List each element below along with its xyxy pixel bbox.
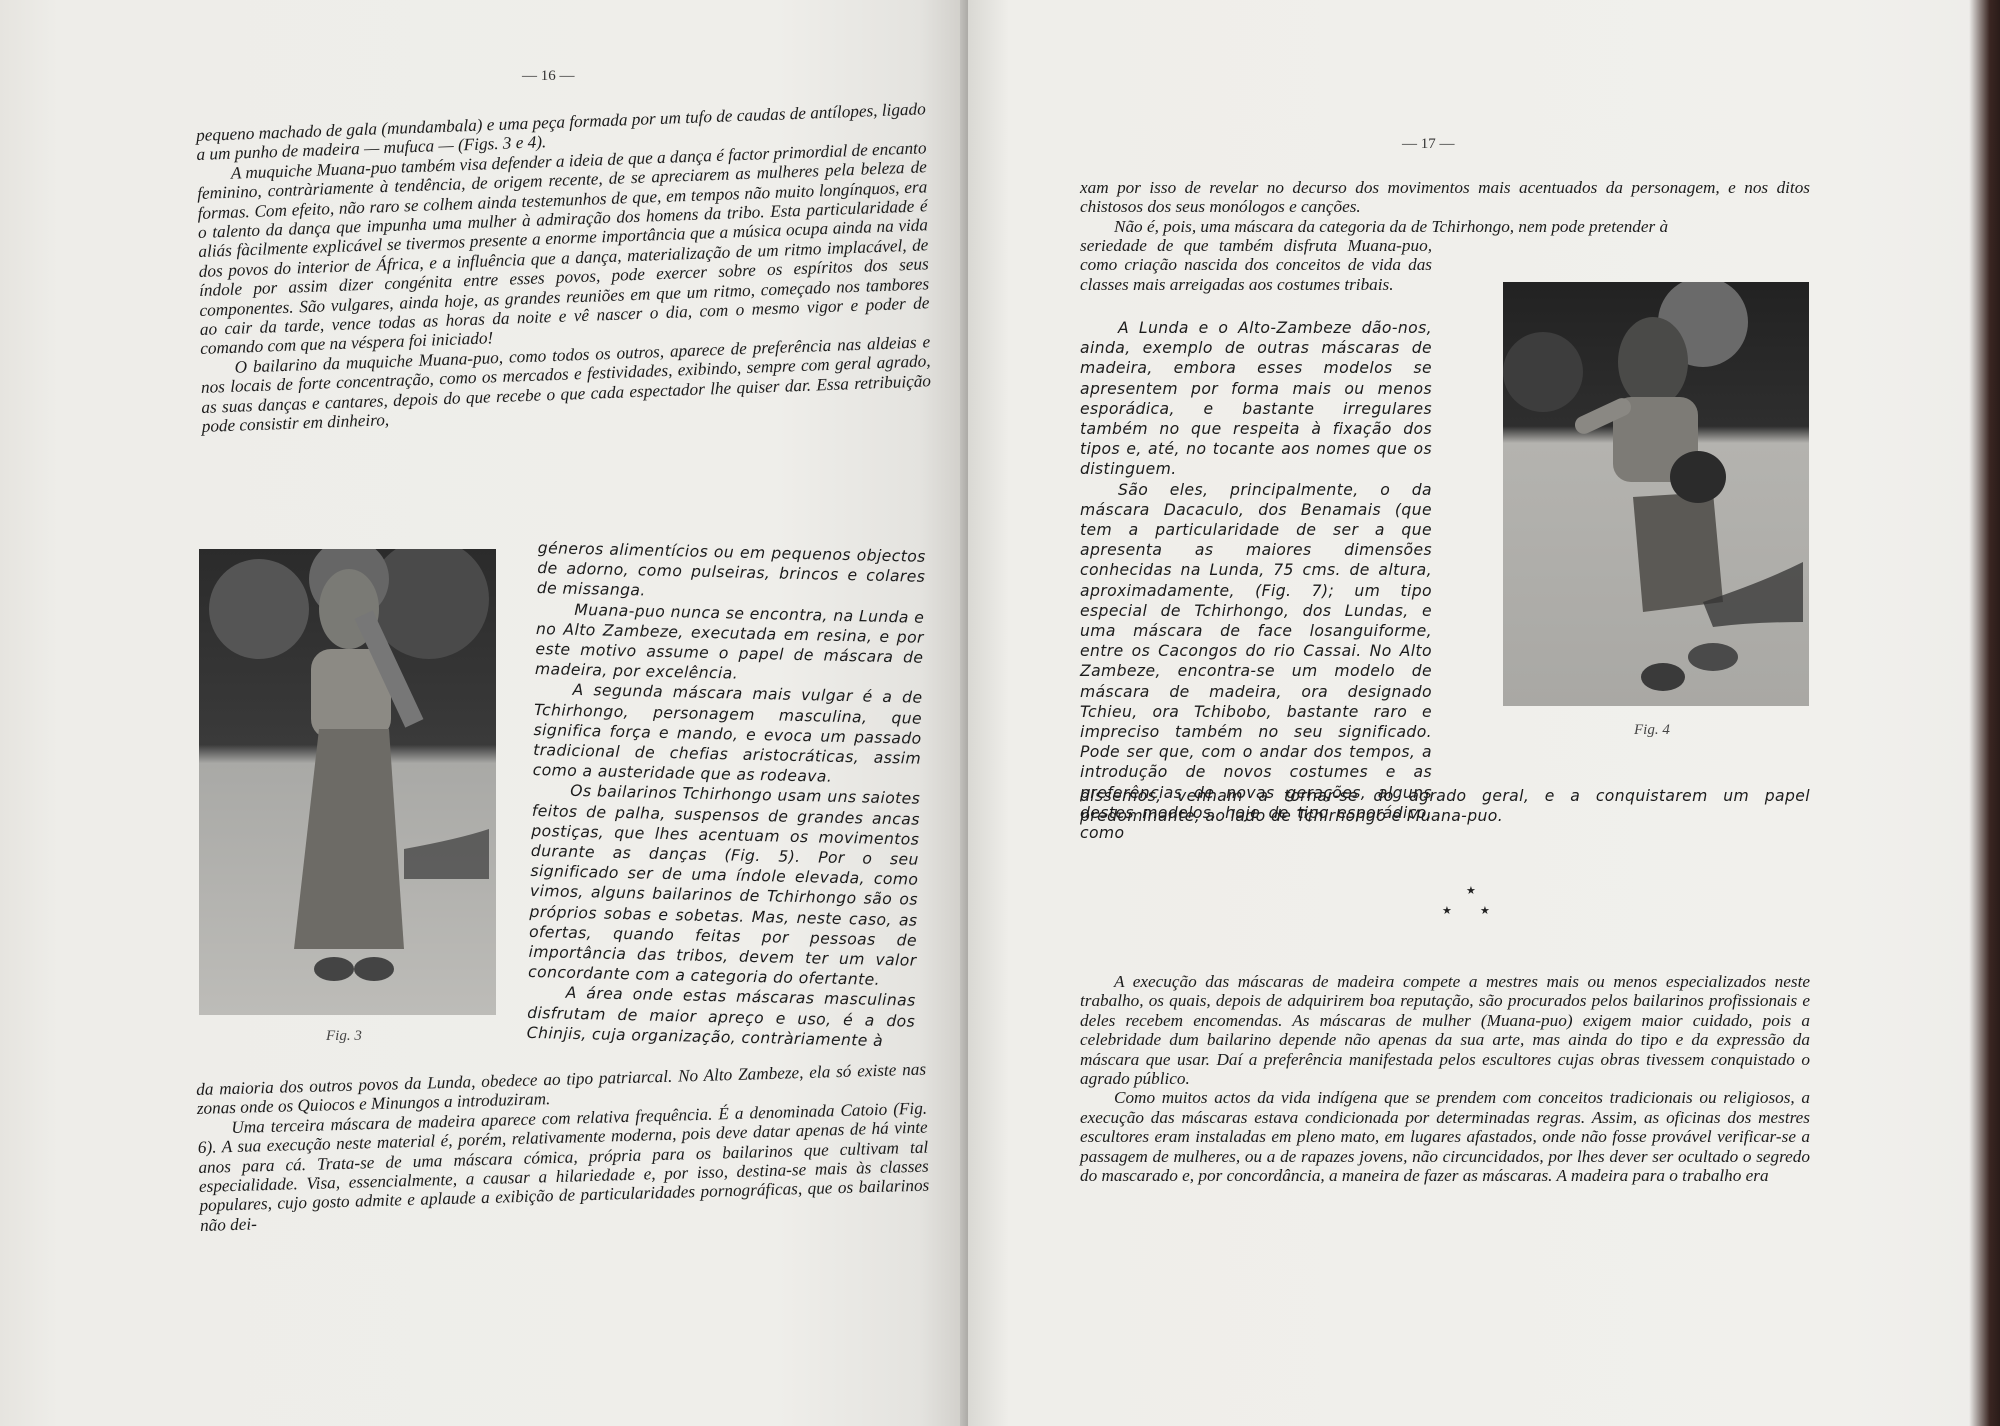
- dancer-photo-fig4: [1503, 282, 1809, 706]
- paragraph: A muquiche Muana-puo também visa defende…: [197, 138, 930, 359]
- right-left-column-text: seriedade de que também disfruta Muana-p…: [1080, 236, 1432, 294]
- paragraph: seriedade de que também disfruta Muana-p…: [1080, 236, 1432, 294]
- paragraph: Muana-puo nunca se encontra, na Lunda e …: [535, 599, 925, 689]
- page-number-16: — 16 —: [522, 68, 575, 85]
- right-top-text: xam por isso de revelar no decurso dos m…: [1080, 178, 1810, 236]
- figure-3-caption: Fig. 3: [326, 1028, 362, 1045]
- left-page: — 16 — pequeno machado de gala (mundamba…: [0, 0, 968, 1426]
- paragraph: A segunda máscara mais vulgar é a de Tch…: [532, 679, 922, 789]
- paragraph: géneros alimentícios ou em pequenos obje…: [537, 538, 926, 607]
- asterisk: ★: [1466, 884, 1476, 897]
- paragraph: Não é, pois, uma máscara da categoria da…: [1080, 217, 1810, 236]
- figure-4-photo: [1503, 282, 1809, 706]
- right-bottom-text: A execução das máscaras de madeira compe…: [1080, 972, 1810, 1185]
- left-bottom-text: da maioria dos outros povos da Lunda, ob…: [196, 1060, 930, 1236]
- page-number-17: — 17 —: [1402, 136, 1455, 153]
- left-top-text: pequeno machado de gala (mundambala) e u…: [196, 99, 931, 436]
- asterisk: ★: [1442, 904, 1452, 917]
- right-full-width-continuation: dissemos, venham a tornar-se do agrado g…: [1080, 786, 1810, 826]
- paragraph: A Lunda e o Alto-Zambeze dão-nos, ainda,…: [1080, 318, 1432, 480]
- paragraph: A execução das máscaras de madeira compe…: [1080, 972, 1810, 1088]
- figure-4-caption: Fig. 4: [1634, 722, 1670, 739]
- dancer-photo-fig3: [199, 549, 496, 1015]
- section-break-asterisks: ★ ★ ★: [1442, 884, 1502, 914]
- paragraph: xam por isso de revelar no decurso dos m…: [1080, 178, 1810, 217]
- paragraph: A área onde estas máscaras masculinas di…: [527, 982, 916, 1051]
- asterisk: ★: [1480, 904, 1490, 917]
- figure-3-photo: [199, 549, 496, 1015]
- paragraph: Os bailarinos Tchirhongo usam uns saiote…: [528, 780, 920, 991]
- paragraph: Como muitos actos da vida indígena que s…: [1080, 1088, 1810, 1185]
- left-right-column-text: géneros alimentícios ou em pequenos obje…: [527, 538, 926, 1052]
- open-book-spread: — 16 — pequeno machado de gala (mundamba…: [0, 0, 2000, 1426]
- paragraph: Uma terceira máscara de madeira aparece …: [197, 1098, 930, 1235]
- right-left-column-text-2: A Lunda e o Alto-Zambeze dão-nos, ainda,…: [1080, 318, 1432, 843]
- right-page: — 17 — xam por isso de revelar no decurs…: [968, 0, 2000, 1426]
